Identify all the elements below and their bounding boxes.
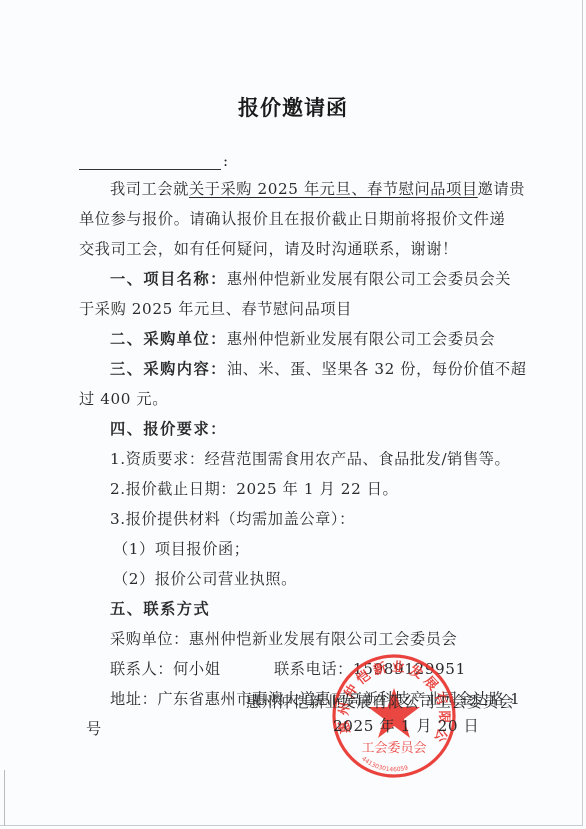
signature-org: 惠州仲恺新业发展有限公司工会委员会 bbox=[246, 691, 514, 712]
requirement-item: 1.资质要求：经营范围需食用农产品、食品批发/销售等。 bbox=[110, 449, 510, 469]
section-3-label: 三、采购内容： bbox=[110, 360, 227, 378]
recipient-colon: : bbox=[223, 152, 228, 170]
contact-address-cont: 号 bbox=[86, 719, 102, 739]
section-2-label: 二、采购单位： bbox=[110, 330, 227, 348]
section-5-label: 五、联系方式 bbox=[110, 599, 210, 619]
requirement-item: 3.报价提供材料（均需加盖公章）： bbox=[110, 509, 355, 529]
section-1-label: 一、项目名称： bbox=[110, 270, 227, 288]
section-4-label: 四、报价要求： bbox=[110, 419, 227, 439]
recipient-blank-line bbox=[79, 169, 221, 170]
requirement-subitem: （1）项目报价函； bbox=[113, 539, 250, 559]
intro-line-3: 交我司工会，如有任何疑问，请及时沟通联系，谢谢！ bbox=[79, 239, 458, 259]
section-1-cont: 于采购 2025 年元旦、春节慰问品项目 bbox=[79, 299, 352, 319]
requirement-item: 2.报价截止日期：2025 年 1 月 22 日。 bbox=[110, 479, 398, 499]
signature-date: 2025 年 1 月 20 日 bbox=[333, 715, 479, 736]
svg-text:工会委员会: 工会委员会 bbox=[361, 741, 426, 756]
section-1: 一、项目名称：惠州仲恺新业发展有限公司工会委员会关 bbox=[110, 269, 511, 289]
document-title: 报价邀请函 bbox=[0, 92, 586, 122]
page-edge bbox=[4, 770, 5, 826]
contact-person: 联系人：何小姐 bbox=[110, 659, 221, 679]
section-3-cont: 过 400 元。 bbox=[79, 389, 168, 409]
intro-line-2: 单位参与报价。请确认报价且在报价截止日期前将报价文件递 bbox=[79, 209, 505, 229]
project-name-underlined: 关于采购 2025 年元旦、春节慰问品项目 bbox=[189, 180, 478, 198]
contact-unit: 采购单位：惠州仲恺新业发展有限公司工会委员会 bbox=[110, 629, 457, 649]
section-2: 二、采购单位：惠州仲恺新业发展有限公司工会委员会 bbox=[110, 329, 495, 349]
requirement-subitem: （2）报价公司营业执照。 bbox=[113, 569, 297, 589]
section-3: 三、采购内容：油、米、蛋、坚果各 32 份，每份价值不超 bbox=[110, 359, 527, 379]
document-page: 报价邀请函 : 我司工会就关于采购 2025 年元旦、春节慰问品项目邀请贵 单位… bbox=[0, 0, 583, 826]
intro-line-1: 我司工会就关于采购 2025 年元旦、春节慰问品项目邀请贵 bbox=[110, 179, 525, 199]
